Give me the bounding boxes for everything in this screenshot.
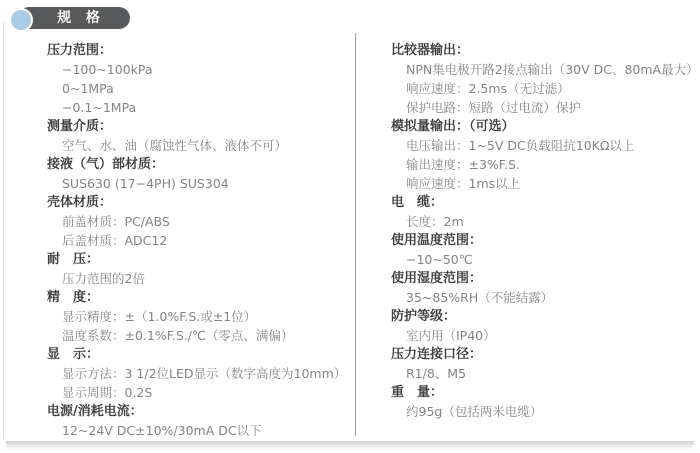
section-items: 显示精度：±（1.0%F.S.或±1位）温度系数：±0.1%F.S./℃（零点、… [47, 307, 352, 345]
spec-column-right: 比较器输出： NPN集电极开路2接点输出（30V DC、80mA最大）响应速度：… [391, 41, 696, 421]
spec-section: 精 度： 显示精度：±（1.0%F.S.或±1位）温度系数：±0.1%F.S./… [47, 288, 352, 345]
spec-section: 压力范围： −100~100kPa0~1MPa−0.1~1MPa [47, 41, 352, 117]
section-items: SUS630 (17−4PH) SUS304 [47, 174, 352, 193]
section-title: 接液（气）部材质： [47, 155, 352, 174]
column-divider [355, 33, 356, 436]
spec-item: SUS630 (17−4PH) SUS304 [47, 174, 352, 193]
spec-item: 响应速度：2.5ms（无过滤） [391, 79, 696, 98]
spec-section: 耐 压： 压力范围的2倍 [47, 250, 352, 288]
spec-item: 35~85%RH（不能结露） [391, 288, 696, 307]
section-items: 35~85%RH（不能结露） [391, 288, 696, 307]
spec-section: 重 量： 约95g（包括两米电缆） [391, 383, 696, 421]
spec-item: 约95g（包括两米电缆） [391, 402, 696, 421]
section-items: −10~50℃ [391, 250, 696, 269]
spec-item: 电压输出：1~5V DC负载阻抗10KΩ以上 [391, 136, 696, 155]
spec-item: −100~100kPa [47, 60, 352, 79]
section-items: R1/8、M5 [391, 364, 696, 383]
spec-item: 响应速度：1ms以上 [391, 174, 696, 193]
spec-item: 0~1MPa [47, 79, 352, 98]
spec-item: 后盖材质：ADC12 [47, 231, 352, 250]
section-title: 测量介质： [47, 117, 352, 136]
section-items: 空气、水、油（腐蚀性气体、液体不可） [47, 136, 352, 155]
spec-section: 比较器输出： NPN集电极开路2接点输出（30V DC、80mA最大）响应速度：… [391, 41, 696, 117]
spec-section: 显 示： 显示方法：3 1/2位LED显示（数字高度为10mm）显示周期：0.2… [47, 345, 352, 402]
spec-item: R1/8、M5 [391, 364, 696, 383]
section-items: 前盖材质：PC/ABS后盖材质：ADC12 [47, 212, 352, 250]
spec-sheet-page: 规 格 压力范围： −100~100kPa0~1MPa−0.1~1MPa 测量介… [0, 0, 700, 453]
spec-section: 电源/消耗电流： 12~24V DC±10%/30mA DC以下 [47, 402, 352, 440]
spec-item: 压力范围的2倍 [47, 269, 352, 288]
spec-item: 温度系数：±0.1%F.S./℃（零点、满偏） [47, 326, 352, 345]
section-title: 模拟量输出：（可选） [391, 117, 696, 136]
spec-section: 使用温度范围： −10~50℃ [391, 231, 696, 269]
spec-item: 显示方法：3 1/2位LED显示（数字高度为10mm） [47, 364, 352, 383]
section-items: 12~24V DC±10%/30mA DC以下 [47, 421, 352, 440]
card-bottom-shadow [6, 441, 694, 450]
section-title: 耐 压： [47, 250, 352, 269]
section-title: 电 缆： [391, 193, 696, 212]
spec-item: NPN集电极开路2接点输出（30V DC、80mA最大） [391, 60, 696, 79]
section-title: 压力连接口径： [391, 345, 696, 364]
spec-item: −10~50℃ [391, 250, 696, 269]
spec-item: 长度：2m [391, 212, 696, 231]
spec-section: 电 缆： 长度：2m [391, 193, 696, 231]
spec-section: 壳体材质： 前盖材质：PC/ABS后盖材质：ADC12 [47, 193, 352, 250]
section-title: 电源/消耗电流： [47, 402, 352, 421]
section-title: 显 示： [47, 345, 352, 364]
section-title: 防护等级： [391, 307, 696, 326]
section-items: 约95g（包括两米电缆） [391, 402, 696, 421]
spec-column-left: 压力范围： −100~100kPa0~1MPa−0.1~1MPa 测量介质： 空… [47, 41, 352, 440]
section-items: 电压输出：1~5V DC负载阻抗10KΩ以上输出速度：±3%F.S.响应速度：1… [391, 136, 696, 193]
spec-item: 显示周期：0.2S [47, 383, 352, 402]
spec-item: 显示精度：±（1.0%F.S.或±1位） [47, 307, 352, 326]
spec-section: 模拟量输出：（可选） 电压输出：1~5V DC负载阻抗10KΩ以上输出速度：±3… [391, 117, 696, 193]
section-title: 重 量： [391, 383, 696, 402]
spec-section: 测量介质： 空气、水、油（腐蚀性气体、液体不可） [47, 117, 352, 155]
spec-item: −0.1~1MPa [47, 98, 352, 117]
section-items: 压力范围的2倍 [47, 269, 352, 288]
section-items: 显示方法：3 1/2位LED显示（数字高度为10mm）显示周期：0.2S [47, 364, 352, 402]
section-title: 使用湿度范围： [391, 269, 696, 288]
section-title: 比较器输出： [391, 41, 696, 60]
section-items: −100~100kPa0~1MPa−0.1~1MPa [47, 60, 352, 117]
spec-item: 前盖材质：PC/ABS [47, 212, 352, 231]
section-items: 室内用（IP40） [391, 326, 696, 345]
section-title: 精 度： [47, 288, 352, 307]
spec-section: 接液（气）部材质： SUS630 (17−4PH) SUS304 [47, 155, 352, 193]
section-title: 压力范围： [47, 41, 352, 60]
section-title: 壳体材质： [47, 193, 352, 212]
section-header-banner: 规 格 [18, 7, 130, 29]
page-title: 规 格 [57, 10, 105, 26]
spec-item: 保护电路：短路（过电流）保护 [391, 98, 696, 117]
spec-item: 室内用（IP40） [391, 326, 696, 345]
spec-item: 空气、水、油（腐蚀性气体、液体不可） [47, 136, 352, 155]
spec-section: 防护等级： 室内用（IP40） [391, 307, 696, 345]
header-dot-icon [9, 8, 33, 32]
section-title: 使用温度范围： [391, 231, 696, 250]
card-left-border [3, 22, 4, 439]
section-items: 长度：2m [391, 212, 696, 231]
spec-section: 使用湿度范围： 35~85%RH（不能结露） [391, 269, 696, 307]
section-items: NPN集电极开路2接点输出（30V DC、80mA最大）响应速度：2.5ms（无… [391, 60, 696, 117]
spec-section: 压力连接口径： R1/8、M5 [391, 345, 696, 383]
spec-item: 12~24V DC±10%/30mA DC以下 [47, 421, 352, 440]
spec-item: 输出速度：±3%F.S. [391, 155, 696, 174]
